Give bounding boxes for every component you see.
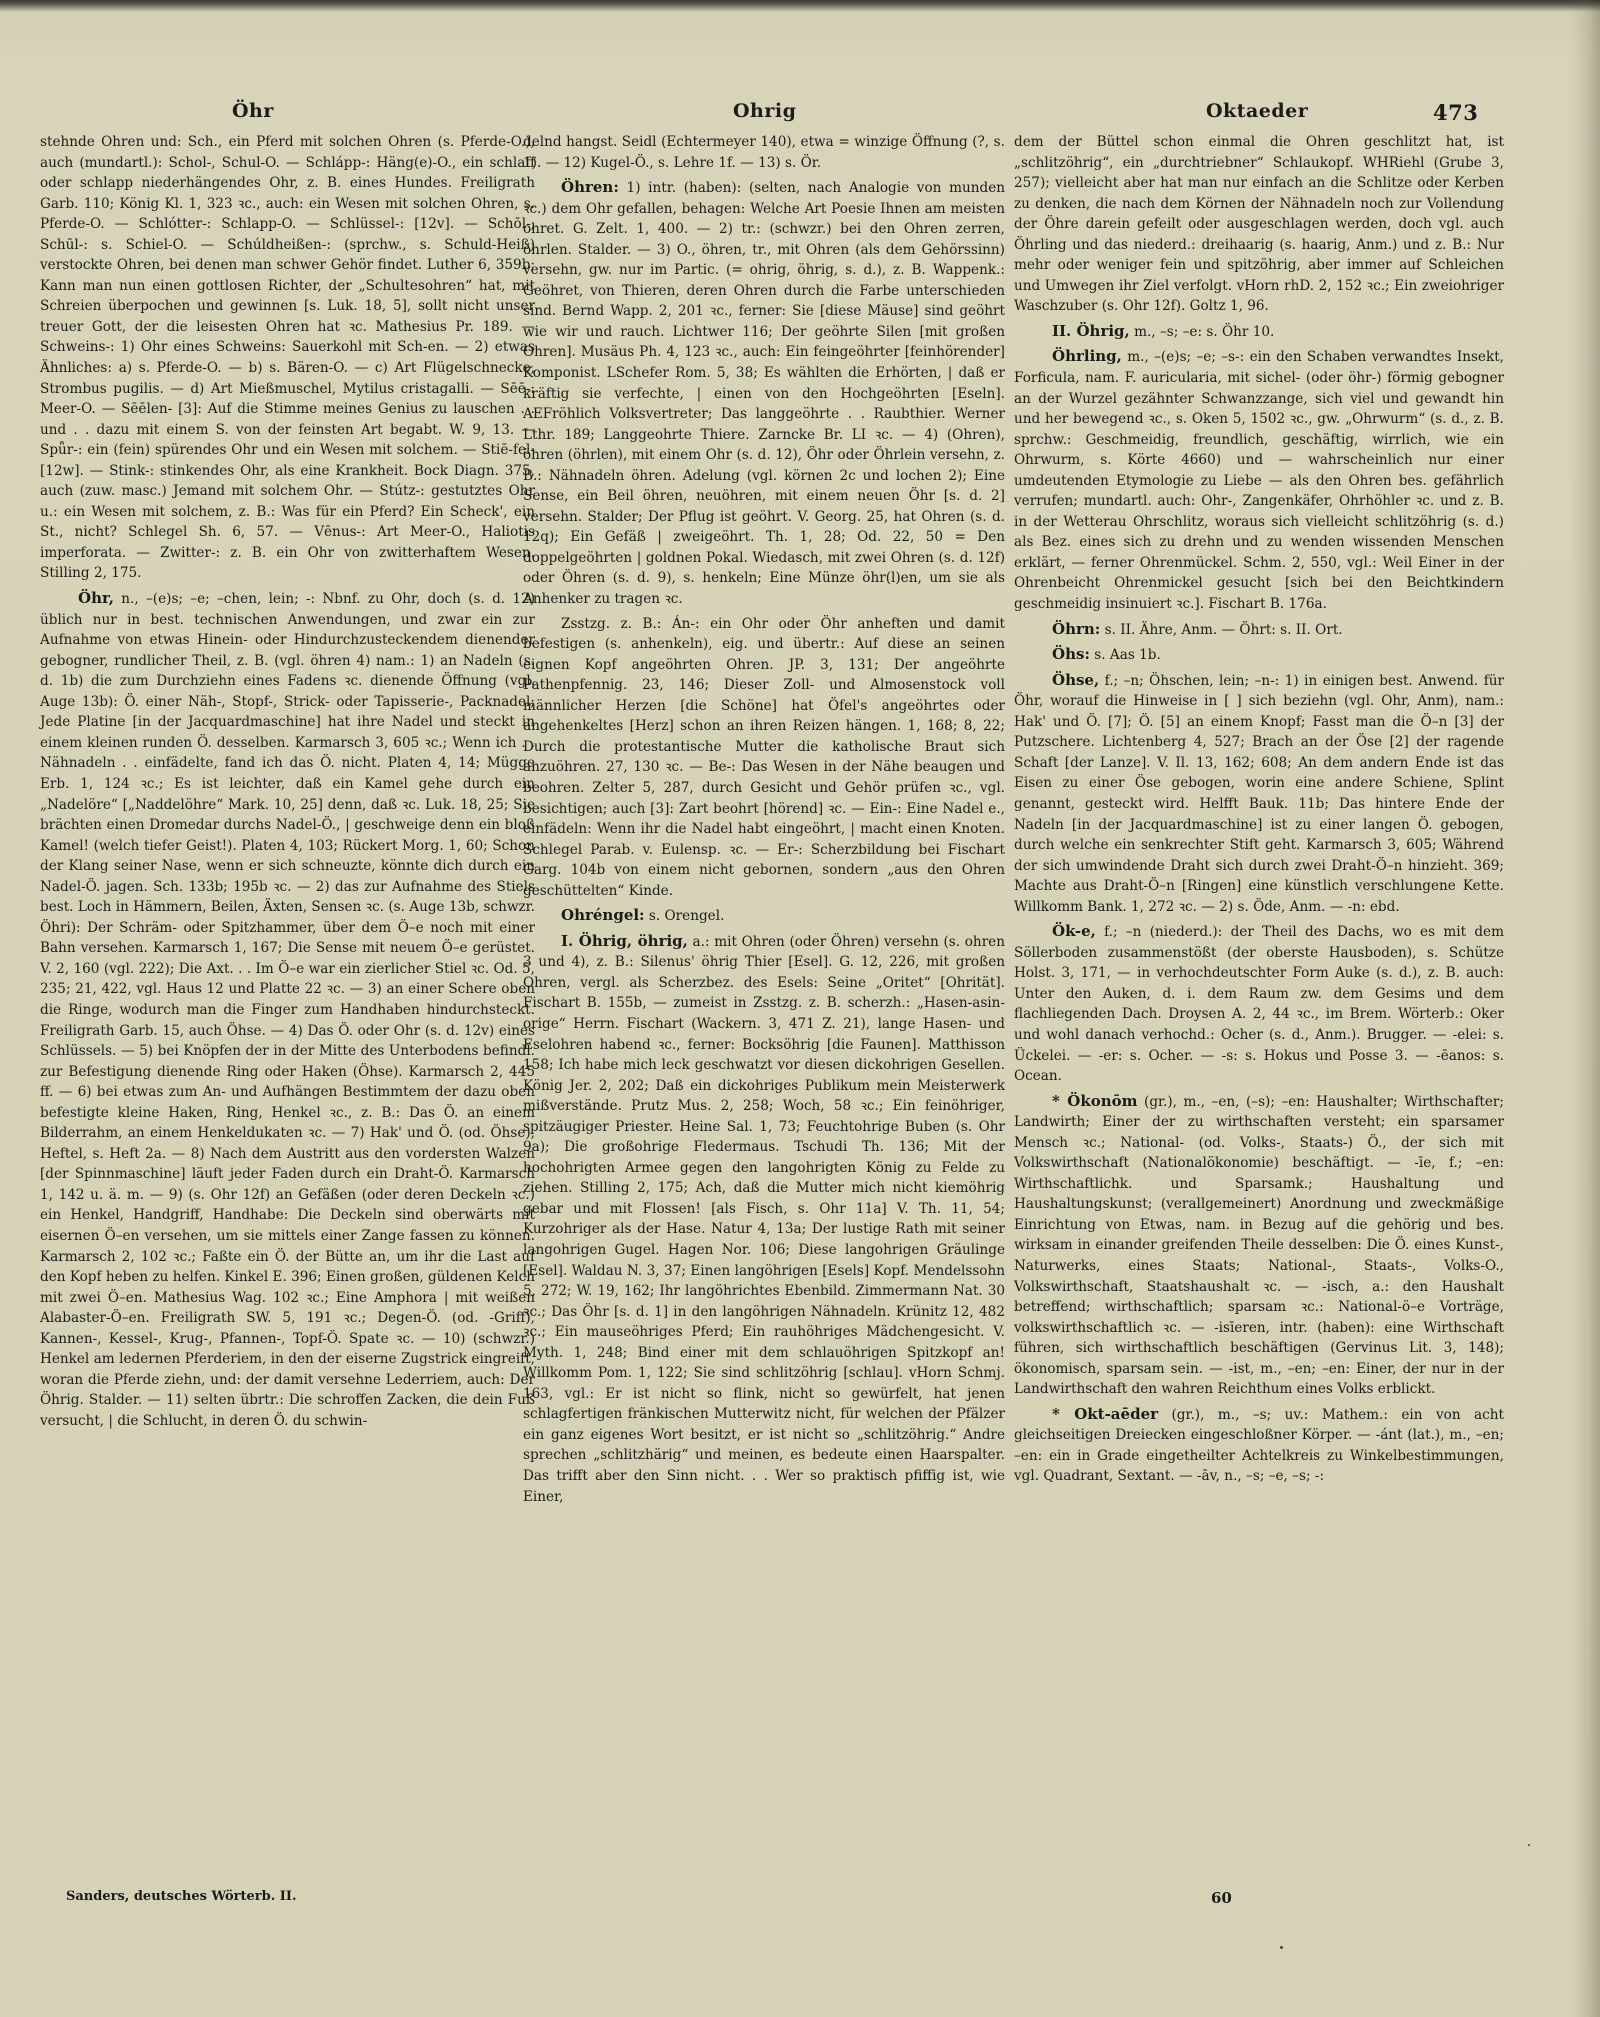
entry-text: 1) intr. (haben): (selten, nach Analogie… (523, 180, 1005, 607)
headword: II. Öhrig, (1052, 322, 1130, 340)
entry-paragraph: delnd hangst. Seidl (Echtermeyer 140), e… (523, 132, 1005, 173)
entry-paragraph: * Okt-aēder (gr.), m., –s; uv.: Mathem.:… (1014, 1404, 1504, 1487)
entry-text: dem der Büttel schon einmal die Ohren ge… (1014, 134, 1504, 314)
entry-paragraph: Ök-e, f.; –n (niederd.): der Theil des D… (1014, 921, 1504, 1086)
entry-text: m., –s; –e: s. Öhr 10. (1130, 324, 1275, 340)
entry-paragraph: I. Öhrig, öhrig, a.: mit Ohren (oder Öhr… (523, 931, 1005, 1507)
entry-text: delnd hangst. Seidl (Echtermeyer 140), e… (523, 134, 1005, 171)
entry-text: s. Aas 1b. (1090, 647, 1161, 663)
entry-text: m., –(e)s; –e; –s-: ein den Schaben verw… (1014, 349, 1504, 612)
column-left: stehnde Ohren und: Sch., ein Pferd mit s… (40, 132, 535, 1431)
running-head-right: Oktaeder (1206, 100, 1308, 122)
page-number: 473 (1433, 100, 1478, 125)
entry-paragraph: dem der Büttel schon einmal die Ohren ge… (1014, 132, 1504, 317)
running-head-center: Ohrig (733, 100, 796, 122)
column-right: dem der Büttel schon einmal die Ohren ge… (1014, 132, 1504, 1487)
headword: Öhrling, (1052, 347, 1122, 365)
headword: Öhs: (1052, 645, 1090, 663)
column-middle: delnd hangst. Seidl (Echtermeyer 140), e… (523, 132, 1005, 1507)
page-edge-shadow (1570, 0, 1600, 2017)
entry-paragraph: Öhs: s. Aas 1b. (1014, 644, 1504, 666)
book-page: Öhr Ohrig Oktaeder 473 stehnde Ohren und… (0, 0, 1600, 2017)
footer-signature: 60 (1211, 1889, 1232, 1907)
entry-paragraph: stehnde Ohren und: Sch., ein Pferd mit s… (40, 132, 535, 584)
paper-speck (1528, 1844, 1530, 1846)
entry-text: f.; –n; Öhschen, lein; –n-: 1) in einige… (1014, 673, 1504, 915)
entry-paragraph: Ohréngel: s. Orengel. (523, 905, 1005, 927)
headword: Öhren: (561, 178, 619, 196)
entry-paragraph: Öhr, n., –(e)s; –e; –chen, lein; -: Nbnf… (40, 588, 535, 1431)
entry-paragraph: Öhren: 1) intr. (haben): (selten, nach A… (523, 177, 1005, 609)
headword: Öhse, (1052, 671, 1099, 689)
headword: * Ökonōm (1052, 1092, 1138, 1110)
footer-imprint: Sanders, deutsches Wörterb. II. (66, 1889, 296, 1904)
entry-text: stehnde Ohren und: Sch., ein Pferd mit s… (40, 134, 535, 581)
entry-text: n., –(e)s; –e; –chen, lein; -: Nbnf. zu … (40, 591, 535, 1429)
entry-paragraph: * Ökonōm (gr.), m., –en, (–s); –en: Haus… (1014, 1091, 1504, 1400)
entry-text: (gr.), m., –en, (–s); –en: Haushalter; W… (1014, 1094, 1504, 1398)
paper-speck (1280, 1946, 1283, 1949)
running-head-left: Öhr (232, 100, 274, 122)
entry-paragraph: II. Öhrig, m., –s; –e: s. Öhr 10. (1014, 321, 1504, 343)
headword: Öhr, (78, 589, 114, 607)
entry-text: s. II. Ähre, Anm. — Öhrt: s. II. Ort. (1100, 622, 1342, 638)
headword: I. Öhrig, öhrig, (561, 932, 688, 950)
entry-paragraph: Öhrn: s. II. Ähre, Anm. — Öhrt: s. II. O… (1014, 619, 1504, 641)
headword: Ök-e, (1052, 922, 1096, 940)
entry-paragraph: Zsstzg. z. B.: Án-: ein Ohr oder Öhr anh… (523, 614, 1005, 902)
headword: Öhrn: (1052, 620, 1100, 638)
headword: Ohréngel: (561, 906, 645, 924)
entry-text: Zsstzg. z. B.: Án-: ein Ohr oder Öhr anh… (523, 616, 1005, 899)
running-head: Öhr Ohrig Oktaeder 473 (40, 100, 1520, 130)
entry-text: a.: mit Ohren (oder Öhren) versehn (s. o… (523, 934, 1005, 1505)
entry-text: f.; –n (niederd.): der Theil des Dachs, … (1014, 924, 1504, 1084)
headword: * Okt-aēder (1052, 1405, 1158, 1423)
entry-paragraph: Öhse, f.; –n; Öhschen, lein; –n-: 1) in … (1014, 670, 1504, 918)
entry-text: s. Orengel. (645, 908, 725, 924)
entry-paragraph: Öhrling, m., –(e)s; –e; –s-: ein den Sch… (1014, 346, 1504, 614)
